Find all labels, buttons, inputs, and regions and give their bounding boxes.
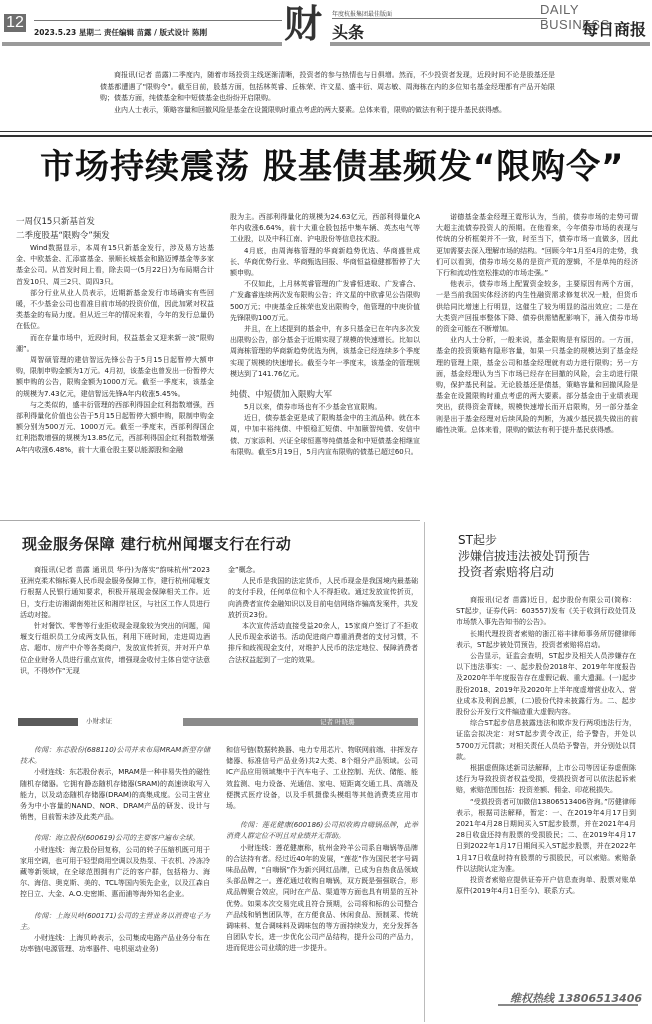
paragraph: 小财连线：海立股份回复称，公司的转子压缩机既可用于家用空调，也可用于轻型商用空调… — [20, 845, 210, 901]
paragraph: 他表示，债券市场上配置资金较多，主要原因有两个方面，一是当前我国实体经济的内生性… — [436, 279, 638, 335]
rumor: 传闻：上海贝岭(600171)公司的主营业务以消费电子为主。 — [20, 911, 210, 933]
main-article-column-1: 一周仅15只新基首发 二季度股基“限购令”频发 Wind数据显示，本周有15只新… — [16, 212, 214, 456]
hotline-underline — [498, 1004, 638, 1006]
brief-column-1: 传闻：东芯股份(688110)公司并未布局MRAM新型存储技术。 小财连线：东芯… — [20, 745, 210, 955]
header-bar-left — [2, 42, 282, 46]
paragraph: 根据虚假陈述新司法解释，上市公司等因证券虚假陈述行为导致投资者权益受损，受损投资… — [456, 763, 636, 797]
paragraph: 业内人士分析，一般来说，基金限购是有原因的。一方面，基金的投资策略有隐形容量，如… — [436, 335, 638, 436]
rumor: 传闻：海立股份(600619)公司的主要客户遍布全球。 — [20, 833, 210, 844]
column-band-left — [18, 718, 78, 726]
brand-logo: 每日商报 — [582, 17, 646, 40]
section-rule — [332, 18, 547, 19]
paragraph: 4月底，由周海栋管理的华商新趋势优选、华商盛世成长、华商优势行业、华商甄选回报、… — [230, 246, 420, 280]
paragraph: Wind数据显示，本周有15只新基金发行，涉及易方达基金、中欧基金、汇添富基金、… — [16, 243, 214, 288]
paragraph: 商报讯(记者 苗露)近日，起步股份有限公司(简称：ST起步，证券代码：60355… — [456, 595, 636, 629]
section-subtitle: 年度杭报集团最佳版面 — [332, 9, 392, 18]
paragraph: 而在存量市场中，近段时间，权益基金又迎来新一波“限购潮”。 — [16, 333, 214, 355]
lede-summary: 商报讯(记者 苗露)二季度内，随着市场投资主线逐渐清晰，投资者的参与热情也与日俱… — [100, 70, 555, 116]
divider — [0, 520, 420, 521]
paragraph: 诺德基金基金经理王霓彤认为，当前，债券市场的走势可谓大超主流债券投资人的预期。在… — [436, 212, 638, 279]
paragraph: 公告显示，证监会查明，ST起步及相关人员涉嫌存在以下违法事实：一、起步股份201… — [456, 651, 636, 718]
header-bar-right — [330, 42, 650, 46]
paragraph: 商报讯(记者 苗露 通讯员 华丹)为落实“韵味杭州”2023亚洲克柔术锦标赛人民… — [20, 565, 210, 621]
paragraph: 与之类似的，盛丰衍管理的西部利得国企红利指数增强，西部利得量化价值也公告于5月1… — [16, 400, 214, 456]
brief-column-2: 和信号链(数据转换器、电力专用芯片、物联网前端、非挥发存储器、标准信号产品业务)… — [226, 745, 418, 955]
paragraph: 金”概念。 — [228, 565, 418, 576]
paragraph: 小财连线：东芯股份表示，MRAM是一种非易失性的磁性随机存储器。它拥有静态随机存… — [20, 767, 210, 823]
paragraph: 和信号链(数据转换器、电力专用芯片、物联网前端、非挥发存储器、标准信号产品业务)… — [226, 745, 418, 812]
main-article-column-2: 股为主。西部利得量化的规模为24.63亿元，西部利得量化A年内收涨6.64%，前… — [230, 212, 420, 458]
column-divider — [424, 522, 425, 1022]
subheading: 一周仅15只新基首发 — [16, 215, 214, 229]
paragraph: 不仅如此，上月林英睿管理的广发睿恒进取、广发睿合、广发鑫睿连续两次发布限购公告；… — [230, 279, 420, 324]
lede-paragraph: 商报讯(记者 苗露)二季度内，随着市场投资主线逐渐清晰，投资者的参与热情也与日俱… — [100, 70, 555, 105]
paragraph: 针对餐饮、零售等行业拒收现金现象较为突出的问题，闻堰支行组织员工分成两支队伍，利… — [20, 621, 210, 677]
column-label: 小财求证 — [86, 716, 112, 725]
paragraph: 长期代理投资者索赔的浙江裕丰律师事务所厉健律师表示，ST起步被处罚预告，投资者索… — [456, 629, 636, 651]
article-headline: 现金服务保障 建行杭州闻堰支行在行动 — [22, 533, 291, 554]
dateline: 2023.5.23 星期二 责任编辑 苗露 / 版式设计 陈刚 — [34, 27, 207, 38]
main-article-column-3: 诺德基金基金经理王霓彤认为，当前，债券市场的走势可谓大超主流债券投资人的预期。在… — [436, 212, 638, 436]
page-number: 12 — [4, 14, 26, 32]
headline-line: 投资者索赔将启动 — [458, 564, 590, 580]
lede-paragraph: 业内人士表示，策略容量和回撤风险是基金在设置限购时重点考虑的两大要素。总体来看，… — [100, 105, 555, 117]
paragraph: 5月以来，债券市场也有不少基金官宣限购。 — [230, 402, 420, 413]
divider — [0, 135, 652, 137]
paragraph: 综合ST起步信息披露违法和欺诈发行两项违法行为，证监会拟决定：对ST起步责令改正… — [456, 718, 636, 763]
headline-line: 涉嫌信披违法被处罚预告 — [458, 548, 590, 564]
paragraph: 人民币是我国的法定货币，人民币现金是我国境内最基础的支付手段，任何单位和个人不得… — [228, 576, 418, 621]
paragraph: 小财连线：上海贝岭表示，公司集成电路产品业务分布在功率链(电源管理、功率器件、电… — [20, 933, 210, 955]
column-byline: 记者 叶晓璐 — [320, 718, 355, 726]
article2-column-2: 金”概念。 人民币是我国的法定货币，人民币现金是我国境内最基础的支付手段，任何单… — [228, 565, 418, 666]
paragraph: “受损投资者可加微信13806513406咨询。”厉健律师表示，根据司法解释，暂… — [456, 797, 636, 875]
article2-column-1: 商报讯(记者 苗露 通讯员 华丹)为落实“韵味杭州”2023亚洲克柔术锦标赛人民… — [20, 565, 210, 677]
rumor: 传闻：莲花健康(600186)公司拟收购自嗨锅品牌，此举消费人群定位不明且对业绩… — [226, 820, 418, 842]
paragraph: 小财连线：莲花健康称，杭州金羚羊公司系自嗨锅等品牌的合法持有者。经过近40年的发… — [226, 843, 418, 955]
article3-body: 商报讯(记者 苗露)近日，起步股份有限公司(简称：ST起步，证券代码：60355… — [456, 595, 636, 897]
section-title: 头条 — [332, 20, 364, 43]
article-headline: ST起步 涉嫌信披违法被处罚预告 投资者索赔将启动 — [458, 532, 590, 580]
paragraph: 股为主。西部利得量化的规模为24.63亿元，西部利得量化A年内收涨6.64%，前… — [230, 212, 420, 246]
paragraph: 投资者索赔应提供证券开户信息查询单、股票对账单原件(2019年4月1日至今)、联… — [456, 875, 636, 897]
headline-line: ST起步 — [458, 532, 590, 548]
section-glyph: 财 — [284, 2, 322, 46]
main-headline: 市场持续震荡 股基债基频发“限购令” — [40, 142, 620, 192]
rumor: 传闻：东芯股份(688110)公司并未布局MRAM新型存储技术。 — [20, 745, 210, 767]
subheading: 纯债、中短债加入限购大军 — [230, 388, 420, 402]
paragraph: 本次宣传活动直接受益20余人，15家商户签订了不拒收人民币现金承诺书。活动促进商… — [228, 621, 418, 666]
paragraph: 周智硕管理的建信智远先锋公告于5月15日起暂停大额申购，限制申购金额为1万元。4… — [16, 355, 214, 400]
divider — [0, 131, 652, 132]
paragraph: 部分行业从业人员表示，近期新基金发行市场确实有些回暖，不少基金公司也看准目前市场… — [16, 288, 214, 333]
paragraph: 并且，在上述提到的基金中，有多只基金已在年内多次发出限购公告，部分基金于近期实现… — [230, 324, 420, 380]
header-rule — [34, 20, 282, 21]
subheading: 二季度股基“限购令”频发 — [16, 229, 214, 243]
paragraph: 近日，债券基金更是成了限购基金中的主流品种。就在本周，中加丰裕纯债、中银稳汇短债… — [230, 413, 420, 458]
